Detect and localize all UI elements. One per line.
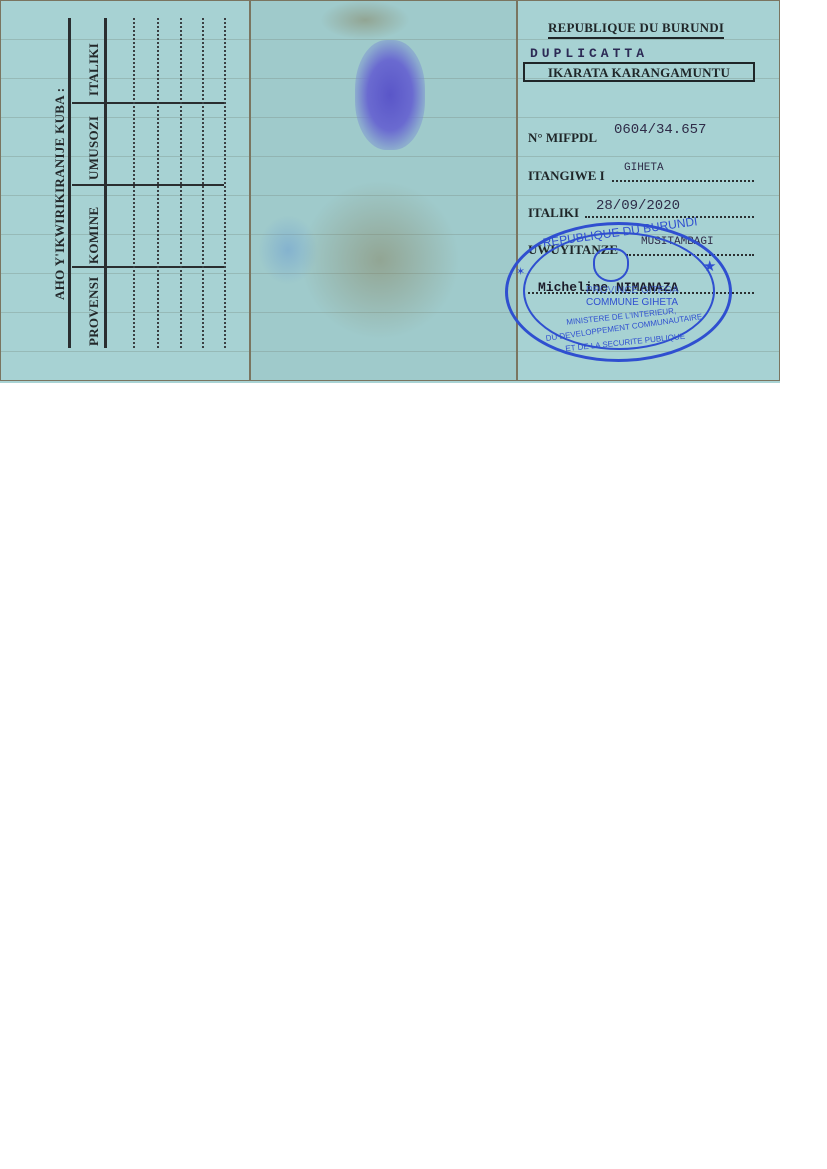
coat-of-arms-emblem bbox=[593, 248, 629, 282]
star-icon: ★ bbox=[703, 257, 716, 276]
table-border bbox=[68, 18, 71, 348]
entry-row bbox=[202, 18, 204, 348]
star-icon: ✶ bbox=[516, 265, 525, 278]
country-title: REPUBLIQUE DU BURUNDI bbox=[548, 20, 724, 39]
stain bbox=[300, 180, 460, 340]
stamp-province: PROVINCE GITEGA bbox=[586, 285, 679, 296]
field-value-number: 0604/34.657 bbox=[614, 122, 706, 138]
entry-row bbox=[157, 18, 159, 348]
fingerprint-ink-stain bbox=[355, 40, 425, 150]
table-border bbox=[104, 18, 107, 348]
field-label-date: ITALIKI bbox=[528, 205, 579, 221]
card-title: IKARATA KARANGAMUNTU bbox=[523, 62, 755, 82]
field-line bbox=[612, 180, 754, 182]
stamp-commune: COMMUNE GIHETA bbox=[586, 297, 678, 308]
column-italiki: ITALIKI bbox=[86, 43, 102, 96]
stain bbox=[258, 215, 318, 285]
field-value-date: 28/09/2020 bbox=[596, 198, 680, 214]
column-provensi: PROVENSI bbox=[86, 276, 102, 346]
column-umusozi: UMUSOZI bbox=[86, 116, 102, 180]
field-label-issued-at: ITANGIWE I bbox=[528, 168, 605, 184]
entry-row bbox=[133, 18, 135, 348]
field-label-number: N° MIFPDL bbox=[528, 130, 597, 146]
entry-row bbox=[224, 18, 226, 348]
change-of-residence-table: AHO Y'IKWIRIKIRANIJE KUBA : PROVENSI KOM… bbox=[0, 0, 250, 381]
entry-row bbox=[180, 18, 182, 348]
table-heading: AHO Y'IKWIRIKIRANIJE KUBA : bbox=[52, 88, 68, 300]
duplicate-mark: DUPLICATTA bbox=[530, 46, 648, 61]
field-value-issued-at: GIHETA bbox=[624, 162, 664, 174]
stain bbox=[320, 0, 410, 40]
column-komine: KOMINE bbox=[86, 207, 102, 264]
